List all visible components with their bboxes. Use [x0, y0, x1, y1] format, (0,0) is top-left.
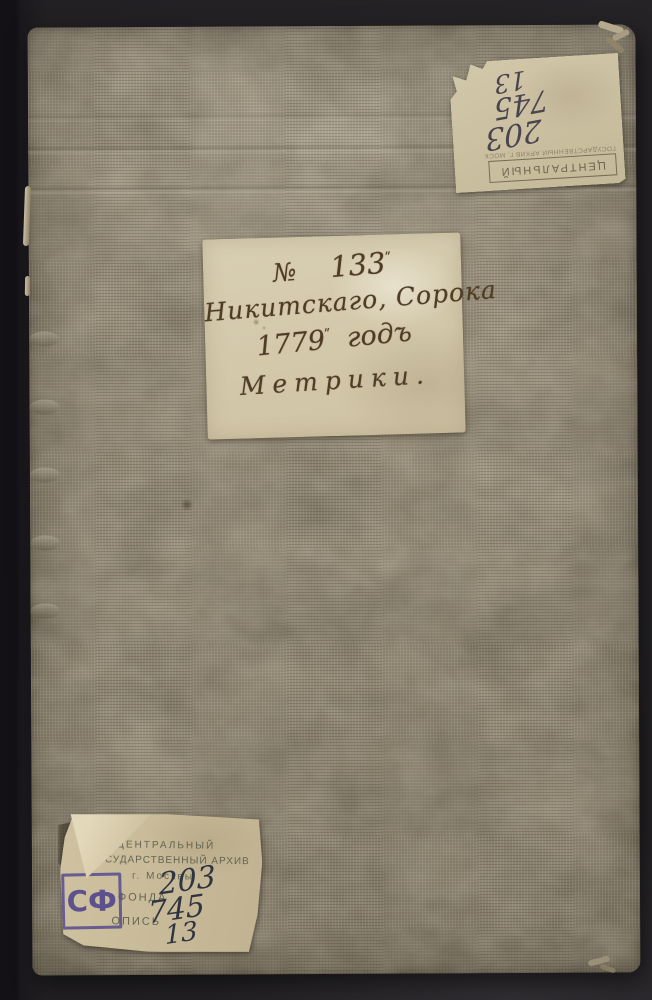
delo-number: 13	[164, 917, 218, 948]
fond-numbers-handwritten: 203 745 13	[147, 863, 219, 951]
year-value: 1779	[255, 325, 326, 363]
archive-label-paper: ЦЕНТРАЛЬНЫЙ ГОСУДАРСТВЕННЫЙ АРХИВ Г. МОС…	[448, 53, 626, 193]
spine-band-ridge	[30, 467, 60, 482]
spine-band-ridge	[29, 331, 59, 346]
number-flourish-mark: ʺ	[384, 251, 391, 266]
spine-band-ridge	[30, 535, 60, 550]
upside-down-content: ЦЕНТРАЛЬНЫЙ ГОСУДАРСТВЕННЫЙ АРХИВ Г. МОС…	[448, 53, 626, 193]
handwritten-title-label: № 133ʺ Никитскаго, Сорока 1779ʺгодъ Метр…	[202, 232, 465, 439]
delo-number: 13	[483, 67, 527, 98]
metriki-title-line: Метрики.	[206, 358, 465, 403]
fond-numbers-handwritten: 203 745 13	[483, 65, 543, 153]
year-word: годъ	[345, 316, 413, 353]
spine-page-sliver	[25, 276, 30, 296]
central-stamp-line: ЦЕНТРАЛЬНЫЙ	[116, 839, 215, 851]
book-number-value: 133	[329, 246, 387, 284]
archival-photo-background: № 133ʺ Никитскаго, Сорока 1779ʺгодъ Метр…	[0, 0, 652, 1000]
spacer	[332, 347, 348, 349]
spine-band-ridge	[31, 603, 61, 618]
fabric-stain	[180, 499, 194, 511]
spine-band-ridge	[29, 399, 59, 414]
year-flourish-mark: ʺ	[324, 327, 331, 343]
fabric-stain	[451, 615, 561, 702]
numero-sign: №	[271, 253, 297, 289]
book-number: 133ʺ	[329, 245, 393, 284]
sf-purple-stamp: СФ	[61, 872, 122, 929]
archive-label-top-right: ЦЕНТРАЛЬНЫЙ ГОСУДАРСТВЕННЫЙ АРХИВ Г. МОС…	[452, 58, 622, 188]
